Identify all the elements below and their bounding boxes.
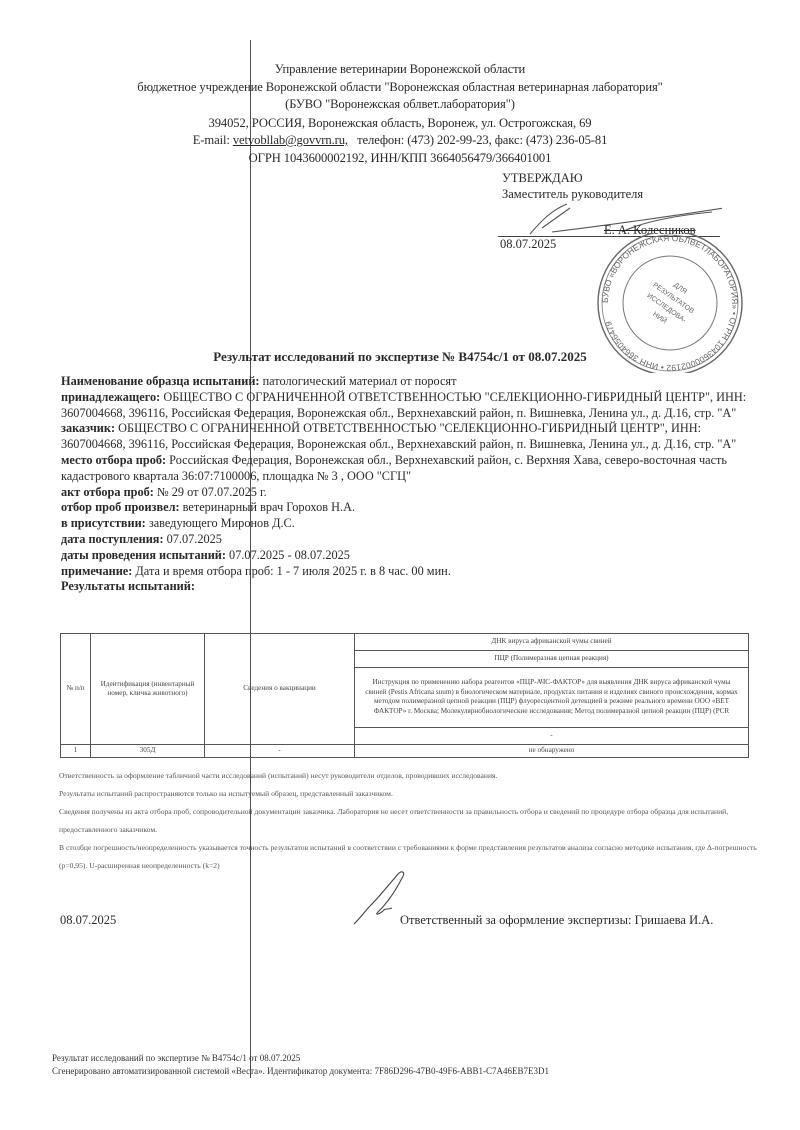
field-note: примечание: Дата и время отбора проб: 1 … (61, 564, 751, 580)
cell-num: 1 (61, 745, 91, 758)
bottom-reference: Результат исследований по экспертизе № B… (52, 1052, 549, 1065)
header-num: № п/п (61, 634, 91, 745)
approve-label: УТВЕРЖДАЮ (502, 170, 643, 186)
field-received-date: дата поступления: 07.07.2025 (61, 532, 751, 548)
table-row: 1 305Д - не обнаружено (61, 745, 749, 758)
header-uncertainty: - (355, 728, 749, 745)
approval-date: 08.07.2025 (500, 236, 556, 252)
field-sampling-place: место отбора проб: Российская Федерация,… (61, 453, 751, 485)
footer-date: 08.07.2025 (60, 913, 116, 928)
cell-vaccination: - (205, 745, 355, 758)
approval-block: УТВЕРЖДАЮ Заместитель руководителя Е. А.… (502, 170, 643, 202)
header-vaccination: Сведения о вакцинации (205, 634, 355, 745)
results-table: № п/п Идентификация (инвентарный номер, … (60, 633, 749, 758)
cell-id: 305Д (91, 745, 205, 758)
header-test-name: ДНК вируса африканской чумы свиней (355, 634, 749, 651)
cell-result: не обнаружено (355, 745, 749, 758)
field-test-dates: даты проведения испытаний: 07.07.2025 - … (61, 548, 751, 564)
header-address: 394052, РОССИЯ, Воронежская область, Вор… (0, 116, 800, 132)
header-identification: Идентификация (инвентарный номер, кличка… (91, 634, 205, 745)
responsible-person: Ответственный за оформление экспертизы: … (400, 913, 713, 928)
email-label: E-mail: (193, 133, 230, 147)
field-owner: принадлежащего: ОБЩЕСТВО С ОГРАНИЧЕННОЙ … (61, 390, 751, 422)
field-sample-name: Наименование образца испытаний: патологи… (61, 374, 751, 390)
note-scope: Результаты испытаний распространяются то… (59, 785, 759, 803)
phones: телефон: (473) 202-99-23, факс: (473) 23… (357, 133, 607, 147)
note-sampling-info: Сведения получены из акта отбора проб, с… (59, 803, 759, 839)
header-institution: бюджетное учреждение Воронежской области… (0, 80, 800, 96)
header-short-name: (БУВО "Воронежская облвет.лаборатория") (0, 97, 800, 113)
header-registration: ОГРН 1043600002192, ИНН/КПП 3664056479/3… (0, 151, 800, 167)
field-sampled-by: отбор проб произвел: ветеринарный врач Г… (61, 500, 751, 516)
header-method-short: ПЦР (Полимеразная цепная реакция) (355, 650, 749, 667)
notes: Ответственность за оформление табличной … (59, 767, 759, 875)
field-results-heading: Результаты испытаний: (61, 579, 751, 595)
generated-info: Результат исследований по экспертизе № B… (52, 1052, 549, 1078)
sample-fields: Наименование образца испытаний: патологи… (61, 374, 751, 595)
svg-text:ДЛЯ: ДЛЯ (672, 282, 688, 296)
field-customer: заказчик: ОБЩЕСТВО С ОГРАНИЧЕННОЙ ОТВЕТС… (61, 421, 751, 453)
header-contacts: E-mail: vetvobllab@govvrn.ru, телефон: (… (0, 133, 800, 149)
field-presence: в присутствии: заведующего Миронов Д.С. (61, 516, 751, 532)
field-sampling-act: акт отбора проб: № 29 от 07.07.2025 г. (61, 485, 751, 501)
bottom-document-id: Сгенерировано автоматизированной системо… (52, 1065, 549, 1078)
email-link[interactable]: vetvobllab@govvrn.ru, (233, 133, 348, 147)
note-responsibility: Ответственность за оформление табличной … (59, 767, 759, 785)
header-agency: Управление ветеринарии Воронежской облас… (0, 62, 800, 78)
document-title: Результат исследований по экспертизе № B… (0, 349, 800, 365)
header-method-full: Инструкция по применению набора реагенто… (355, 667, 749, 727)
